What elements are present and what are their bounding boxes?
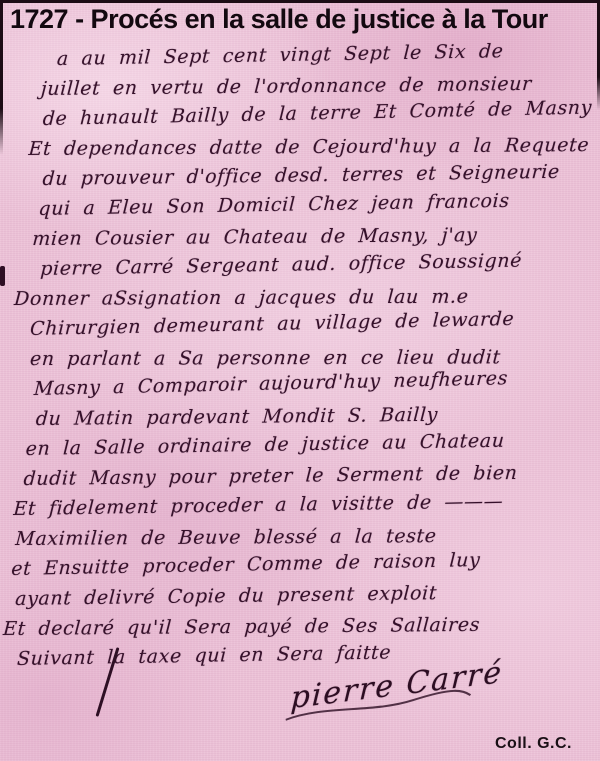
- photo-edge-top: [0, 0, 600, 3]
- photo-edge-left: [0, 0, 3, 155]
- collection-credit: Coll. G.C.: [495, 735, 572, 753]
- manuscript-body: a au mil Sept cent vingt Sept le Six de …: [0, 44, 600, 674]
- ink-blot: [0, 266, 5, 286]
- page-title: 1727 - Procés en la salle de justice à l…: [10, 4, 595, 35]
